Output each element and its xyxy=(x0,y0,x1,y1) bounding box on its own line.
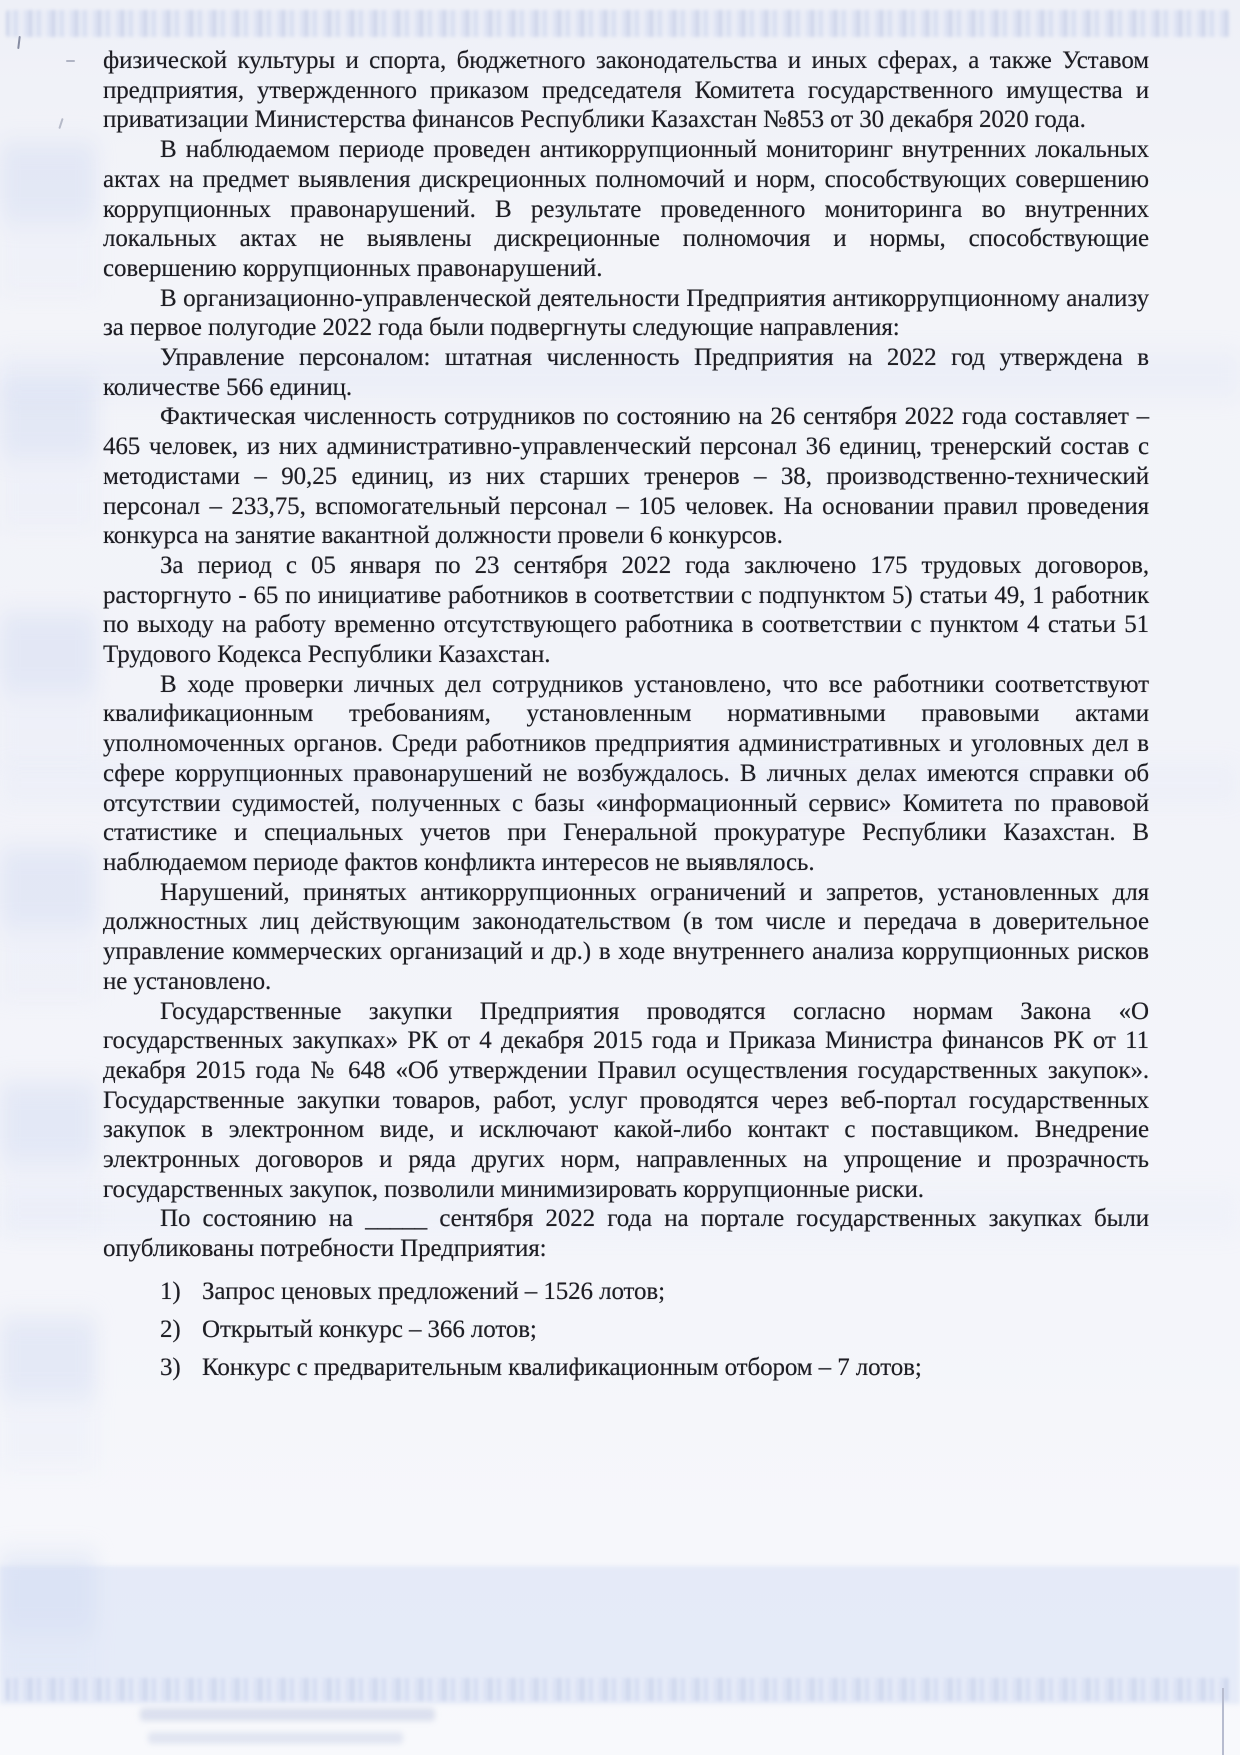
list-item: 1) Запрос ценовых предложений – 1526 лот… xyxy=(160,1273,1149,1311)
scan-noise-band-bottom xyxy=(6,1678,1230,1701)
scan-speckle xyxy=(17,36,21,49)
paragraph-staff-count: Управление персоналом: штатная численнос… xyxy=(103,343,1149,402)
list-item-number: 3) xyxy=(160,1349,202,1387)
list-item-text: Открытый конкурс – 366 лотов; xyxy=(202,1311,1149,1349)
list-item: 3) Конкурс с предварительным квалификаци… xyxy=(160,1349,1149,1387)
list-item-text: Запрос ценовых предложений – 1526 лотов; xyxy=(202,1273,1149,1311)
paper-edge-line xyxy=(1222,1688,1224,1755)
paragraph-personnel-files: В ходе проверки личных дел сотрудников у… xyxy=(103,670,1149,878)
scan-noise-band-top xyxy=(6,10,1230,37)
paragraph-monitoring: В наблюдаемом периоде проведен антикорру… xyxy=(103,135,1149,284)
paragraph-labor-contracts: За период с 05 января по 23 сентября 202… xyxy=(103,551,1149,670)
list-item-number: 2) xyxy=(160,1311,202,1349)
scanned-document-page: физической культуры и спорта, бюджетного… xyxy=(0,0,1240,1755)
paragraph-charter: физической культуры и спорта, бюджетного… xyxy=(103,46,1149,135)
paragraph-portal-status: По состоянию на _____ сентября 2022 года… xyxy=(103,1204,1149,1263)
numbered-list: 1) Запрос ценовых предложений – 1526 лот… xyxy=(103,1273,1149,1387)
document-text-block: физической культуры и спорта, бюджетного… xyxy=(103,46,1149,1387)
scan-speckle xyxy=(66,60,75,62)
list-item-number: 1) xyxy=(160,1273,202,1311)
scan-left-margin-mottle xyxy=(0,60,96,1685)
paragraph-directions-intro: В организационно-управленческой деятельн… xyxy=(103,284,1149,343)
scan-ghost-text xyxy=(140,1708,435,1721)
list-item: 2) Открытый конкурс – 366 лотов; xyxy=(160,1311,1149,1349)
scan-ghost-text xyxy=(148,1732,403,1744)
paragraph-actual-staff: Фактическая численность сотрудников по с… xyxy=(103,402,1149,551)
paragraph-procurement: Государственные закупки Предприятия пров… xyxy=(103,997,1149,1205)
list-item-text: Конкурс с предварительным квалификационн… xyxy=(202,1349,1149,1387)
paragraph-violations: Нарушений, принятых антикоррупционных ог… xyxy=(103,878,1149,997)
